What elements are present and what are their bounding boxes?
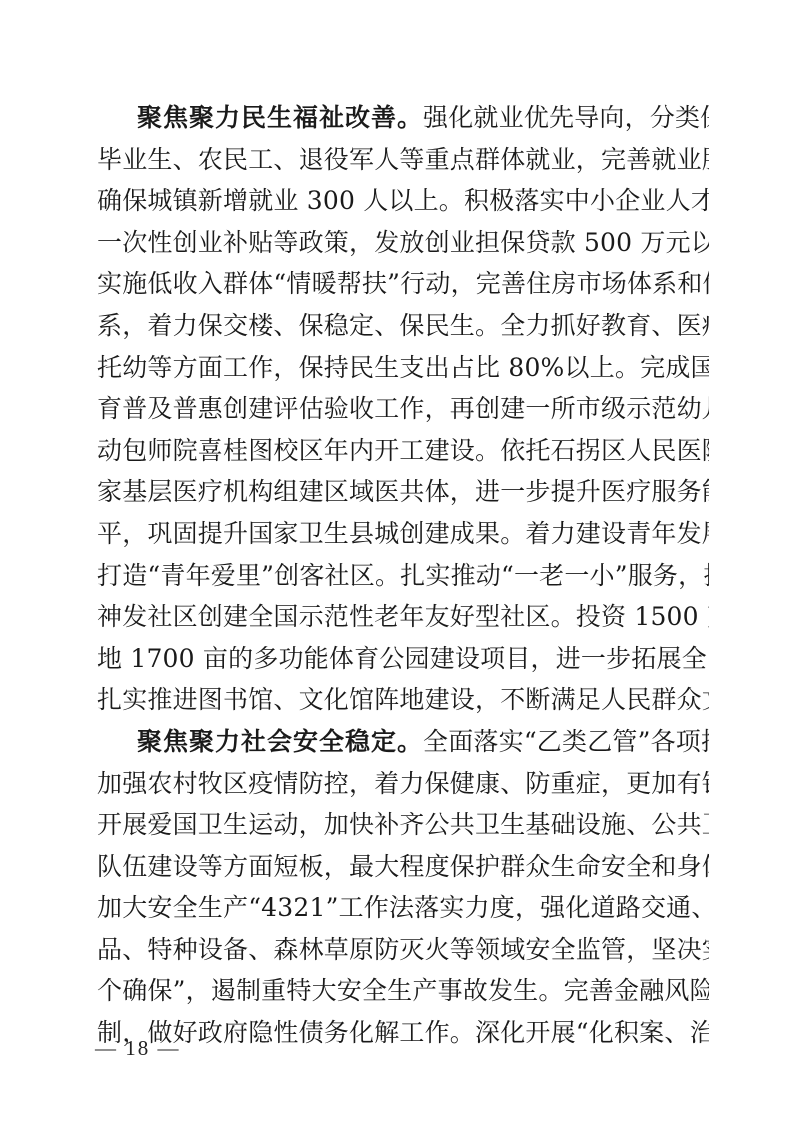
text-line: 育普及普惠创建评估验收工作，再创建一所市级示范幼儿园，推 bbox=[97, 388, 709, 430]
text-span: 强化就业优先导向，分类保障高校 bbox=[423, 103, 709, 132]
text-line: 聚焦聚力民生福祉改善。强化就业优先导向，分类保障高校 bbox=[97, 97, 709, 139]
text-line: 毕业生、农民工、退役军人等重点群体就业，完善就业服务体系， bbox=[97, 139, 709, 181]
text-line: 打造“青年爱里”创客社区。扎实推动“一老一小”服务，推进 bbox=[97, 555, 709, 597]
text-line: 托幼等方面工作，保持民生支出占比 80%以上。完成国家学前教 bbox=[97, 347, 709, 389]
paragraph-livelihood: 聚焦聚力民生福祉改善。强化就业优先导向，分类保障高校 毕业生、农民工、退役军人等… bbox=[97, 97, 709, 721]
paragraph-heading: 聚焦聚力民生福祉改善。 bbox=[137, 103, 423, 132]
text-line: 系，着力保交楼、保稳定、保民生。全力抓好教育、医疗、养老、 bbox=[97, 305, 709, 347]
text-line: 聚焦聚力社会安全稳定。全面落实“乙类乙管”各项措施， bbox=[97, 721, 709, 763]
text-line: 制，做好政府隐性债务化解工作。深化开展“化积案、治重访、 bbox=[97, 1012, 709, 1054]
text-line: 地 1700 亩的多功能体育公园建设项目，进一步拓展全民健身空间。 bbox=[97, 638, 709, 680]
text-line: 扎实推进图书馆、文化馆阵地建设，不断满足人民群众文化需求。 bbox=[97, 679, 709, 721]
text-line: 开展爱国卫生运动，加快补齐公共卫生基础设施、公共卫生人才 bbox=[97, 804, 709, 846]
text-line: 品、特种设备、森林草原防灭火等领域安全监管，坚决实现“五 bbox=[97, 929, 709, 971]
text-line: 实施低收入群体“情暖帮扶”行动，完善住房市场体系和保障体 bbox=[97, 263, 709, 305]
text-line: 确保城镇新增就业 300 人以上。积极落实中小企业人才储备补贴、 bbox=[97, 180, 709, 222]
page-number: — 18 — bbox=[95, 1036, 181, 1061]
text-line: 神发社区创建全国示范性老年友好型社区。投资 1500 万元实施占 bbox=[97, 596, 709, 638]
paragraph-heading: 聚焦聚力社会安全稳定。 bbox=[137, 727, 423, 756]
text-line: 个确保”，遏制重特大安全生产事故发生。完善金融风险处置机 bbox=[97, 970, 709, 1012]
text-line: 一次性创业补贴等政策，发放创业担保贷款 500 万元以上。持续 bbox=[97, 222, 709, 264]
text-line: 队伍建设等方面短板，最大程度保护群众生命安全和身体健康。 bbox=[97, 846, 709, 888]
document-page: 聚焦聚力民生福祉改善。强化就业优先导向，分类保障高校 毕业生、农民工、退役军人等… bbox=[97, 97, 709, 1054]
text-line: 加强农村牧区疫情防控，着力保健康、防重症，更加有针对性地 bbox=[97, 763, 709, 805]
text-line: 动包师院喜桂图校区年内开工建设。依托石拐区人民医院，带动 3 bbox=[97, 430, 709, 472]
text-span: 全面落实“乙类乙管”各项措施， bbox=[423, 727, 709, 756]
paragraph-social-safety: 聚焦聚力社会安全稳定。全面落实“乙类乙管”各项措施， 加强农村牧区疫情防控，着力… bbox=[97, 721, 709, 1054]
text-line: 平，巩固提升国家卫生县城创建成果。着力建设青年发展型城市， bbox=[97, 513, 709, 555]
text-line: 家基层医疗机构组建区域医共体，进一步提升医疗服务能力和水 bbox=[97, 471, 709, 513]
text-line: 加大安全生产“4321”工作法落实力度，强化道路交通、食品药 bbox=[97, 887, 709, 929]
